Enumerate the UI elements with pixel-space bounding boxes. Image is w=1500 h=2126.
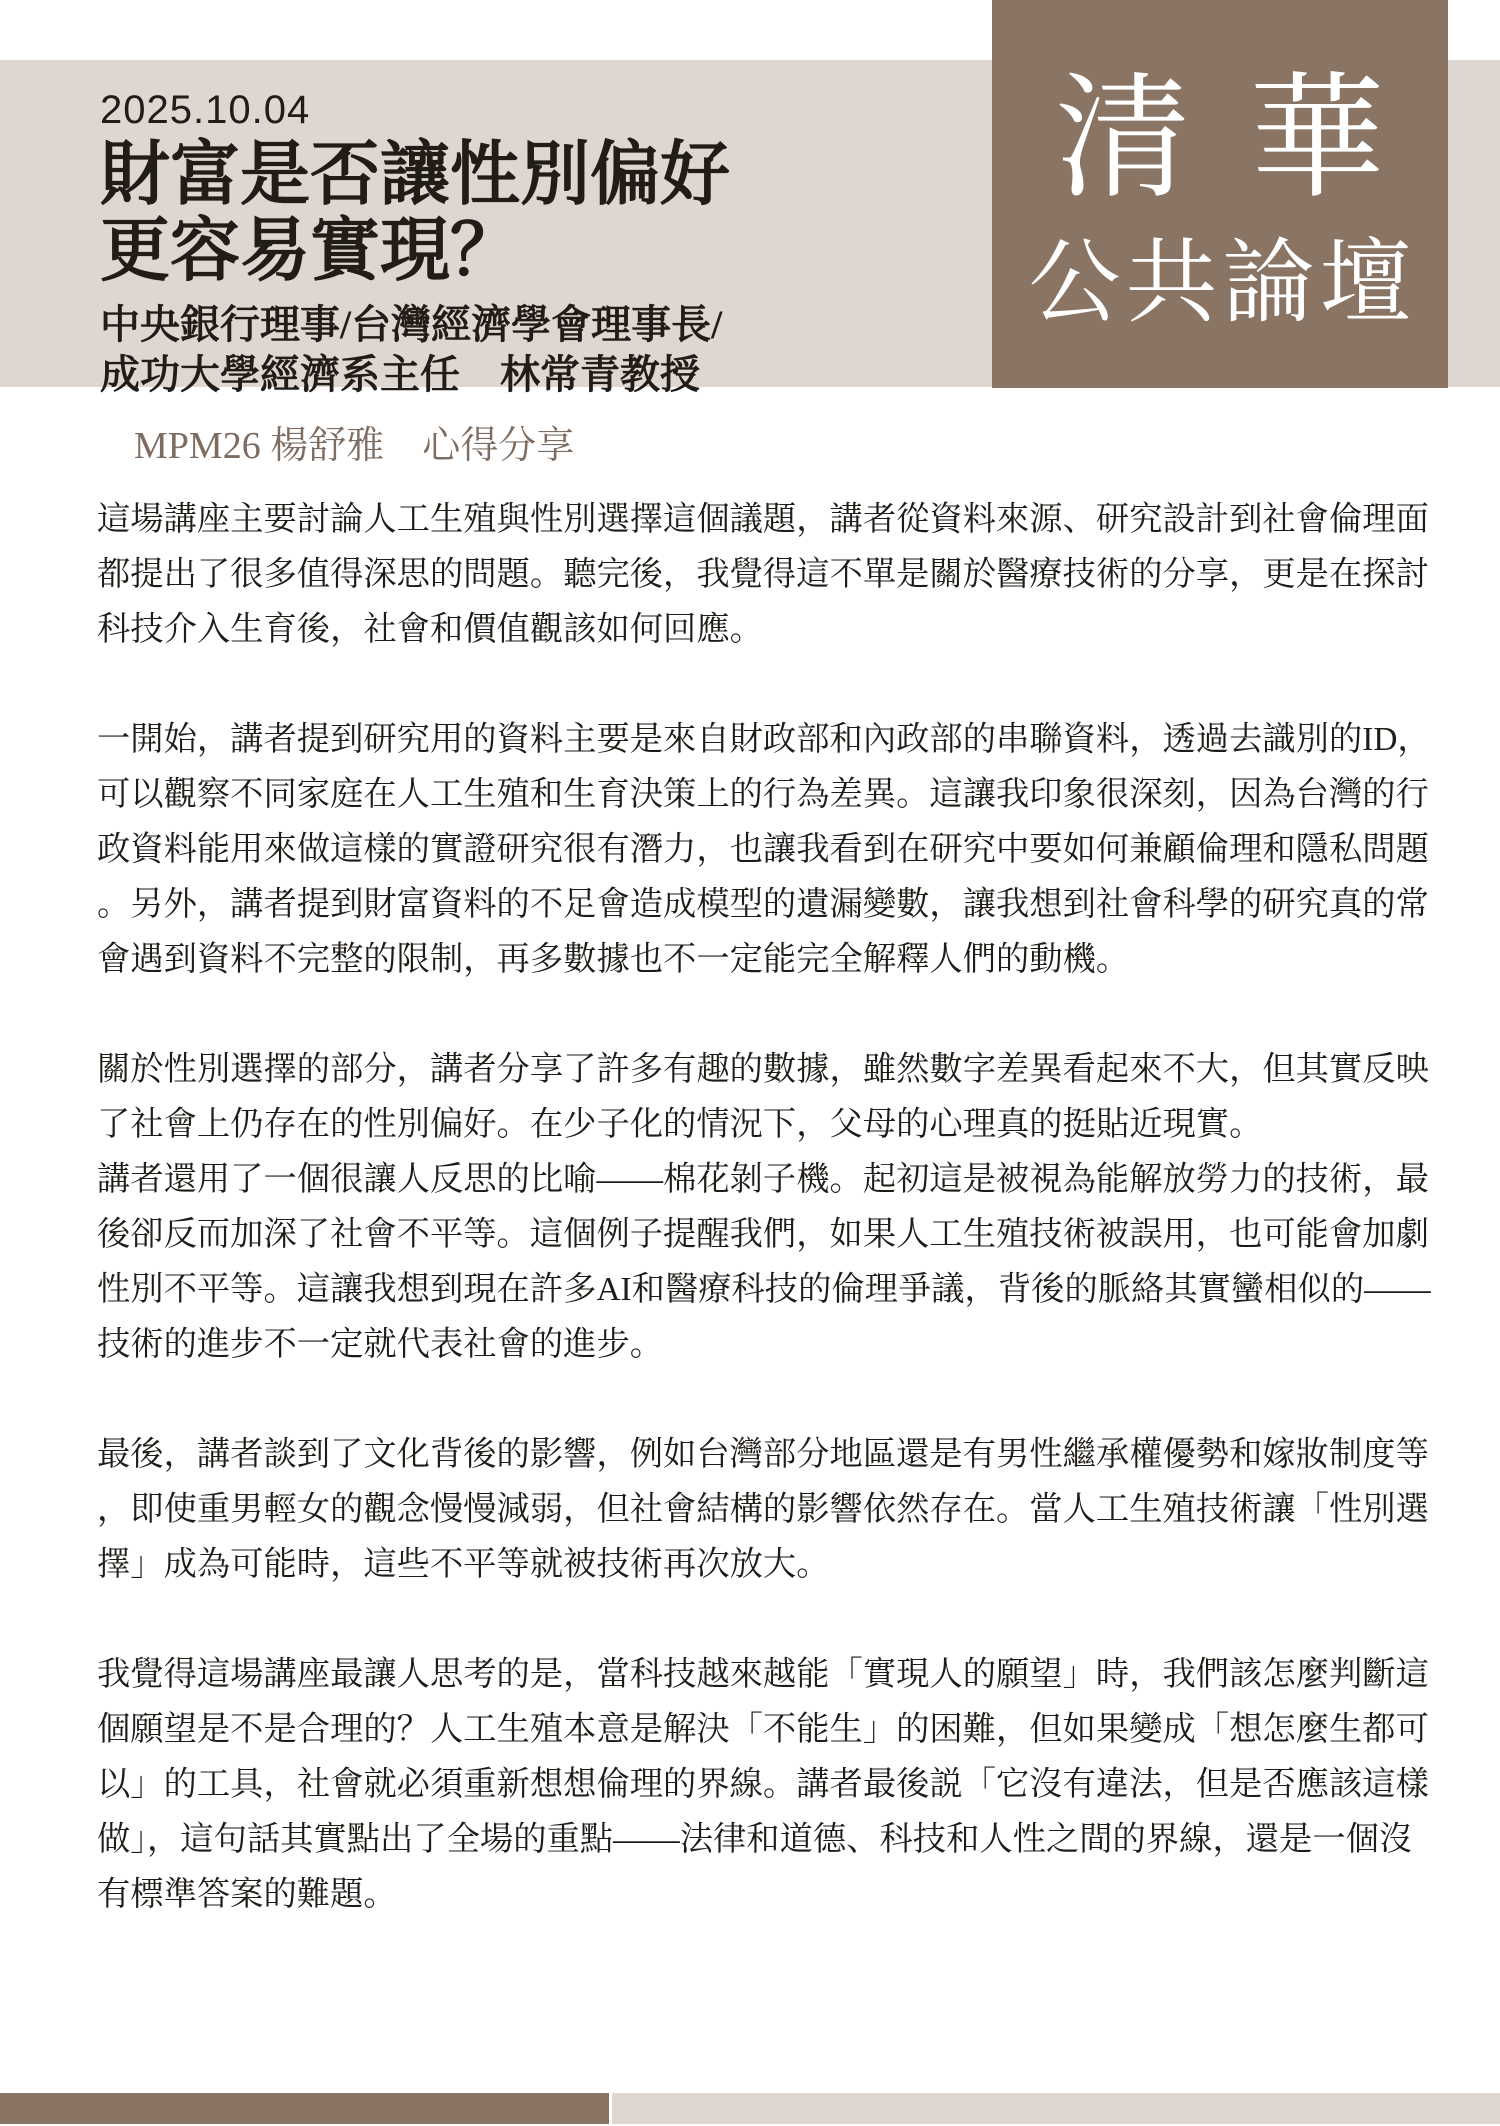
- essay-title-line-2: 更容易實現？: [100, 214, 730, 290]
- text-line: 技術的進步不一定就代表社會的進步。: [97, 1317, 1442, 1372]
- text-line: 以」的工具，社會就必須重新想想倫理的界線。講者最後説「它沒有違法，但是否應該這樣: [97, 1757, 1442, 1812]
- paragraph: 這場講座主要討論人工生殖與性別選擇這個議題，講者從資料來源、研究設計到社會倫理面…: [97, 492, 1442, 657]
- essay-title-line-1: 財富是否讓性別偏好: [100, 138, 730, 214]
- footer-beige-bar: [612, 2093, 1500, 2124]
- text-line: 。另外，講者提到財富資料的不足會造成模型的遺漏變數，讓我想到社會科學的研究真的常: [97, 877, 1442, 932]
- text-line: 都提出了很多值得深思的問題。聽完後，我覺得這不單是關於醫療技術的分享，更是在探討: [97, 547, 1442, 602]
- text-line: 最後，講者談到了文化背後的影響，例如台灣部分地區還是有男性繼承權優勢和嫁妝制度等: [97, 1427, 1442, 1482]
- badge-subtitle: 公共論壇: [1023, 231, 1416, 337]
- paragraph: 關於性別選擇的部分，講者分享了許多有趣的數據，雖然數字差異看起來不大，但其實反映…: [97, 1042, 1442, 1372]
- text-line: 關於性別選擇的部分，講者分享了許多有趣的數據，雖然數字差異看起來不大，但其實反映: [97, 1042, 1442, 1097]
- footer-brown-bar: [0, 2093, 609, 2124]
- text-line: 可以觀察不同家庭在人工生殖和生育決策上的行為差異。這讓我印象很深刻，因為台灣的行: [97, 767, 1442, 822]
- text-line: 後卻反而加深了社會不平等。這個例子提醒我們，如果人工生殖技術被誤用，也可能會加劇: [97, 1207, 1442, 1262]
- paragraph: 我覺得這場講座最讓人思考的是，當科技越來越能「實現人的願望」時，我們該怎麼判斷這…: [97, 1647, 1442, 1922]
- paragraph: 一開始，講者提到研究用的資料主要是來自財政部和內政部的串聯資料，透過去識別的ID…: [97, 712, 1442, 987]
- text-line: 我覺得這場講座最讓人思考的是，當科技越來越能「實現人的願望」時，我們該怎麼判斷這: [97, 1647, 1442, 1702]
- text-line: 了社會上仍存在的性別偏好。在少子化的情況下，父母的心理真的挺貼近現實。: [97, 1097, 1442, 1152]
- header-content: 2025.10.04 財富是否讓性別偏好 更容易實現？ 中央銀行理事/台灣經濟學…: [100, 88, 730, 400]
- text-line: 科技介入生育後，社會和價值觀該如何回應。: [97, 602, 1442, 657]
- paragraph: 最後，講者談到了文化背後的影響，例如台灣部分地區還是有男性繼承權優勢和嫁妝制度等…: [97, 1427, 1442, 1592]
- text-line: ，即使重男輕女的觀念慢慢減弱，但社會結構的影響依然存在。當人工生殖技術讓「性別選: [97, 1482, 1442, 1537]
- essay-title: 財富是否讓性別偏好 更容易實現？: [100, 138, 730, 290]
- speaker-subtitle: 中央銀行理事/台灣經濟學會理事長/ 成功大學經濟系主任 林常青教授: [100, 300, 730, 400]
- text-line: 個願望是不是合理的？人工生殖本意是解決「不能生」的困難，但如果變成「想怎麼生都可: [97, 1702, 1442, 1757]
- text-line: 有標準答案的難題。: [97, 1867, 1442, 1922]
- forum-badge: 清華 公共論壇: [992, 0, 1448, 388]
- text-line: 做」，這句話其實點出了全場的重點——法律和道德、科技和人性之間的界線，還是一個沒: [97, 1812, 1442, 1867]
- byline: MPM26 楊舒雅 心得分享: [134, 424, 574, 468]
- text-line: 政資料能用來做這樣的實證研究很有潛力，也讓我看到在研究中要如何兼顧倫理和隱私問題: [97, 822, 1442, 877]
- badge-title: 清華: [997, 52, 1443, 229]
- essay-body: 這場講座主要討論人工生殖與性別選擇這個議題，講者從資料來源、研究設計到社會倫理面…: [97, 492, 1442, 1922]
- text-line: 擇」成為可能時，這些不平等就被技術再次放大。: [97, 1537, 1442, 1592]
- text-line: 這場講座主要討論人工生殖與性別選擇這個議題，講者從資料來源、研究設計到社會倫理面: [97, 492, 1442, 547]
- speaker-subtitle-line-1: 中央銀行理事/台灣經濟學會理事長/: [100, 300, 730, 350]
- header-date: 2025.10.04: [100, 88, 730, 132]
- text-line: 一開始，講者提到研究用的資料主要是來自財政部和內政部的串聯資料，透過去識別的ID…: [97, 712, 1442, 767]
- speaker-subtitle-line-2: 成功大學經濟系主任 林常青教授: [100, 350, 730, 400]
- text-line: 講者還用了一個很讓人反思的比喻——棉花剝子機。起初這是被視為能解放勞力的技術，最: [97, 1152, 1442, 1207]
- text-line: 會遇到資料不完整的限制，再多數據也不一定能完全解釋人們的動機。: [97, 932, 1442, 987]
- text-line: 性別不平等。這讓我想到現在許多AI和醫療科技的倫理爭議，背後的脈絡其實蠻相似的—…: [97, 1262, 1442, 1317]
- document-page: 清華 公共論壇 2025.10.04 財富是否讓性別偏好 更容易實現？ 中央銀行…: [0, 0, 1500, 2126]
